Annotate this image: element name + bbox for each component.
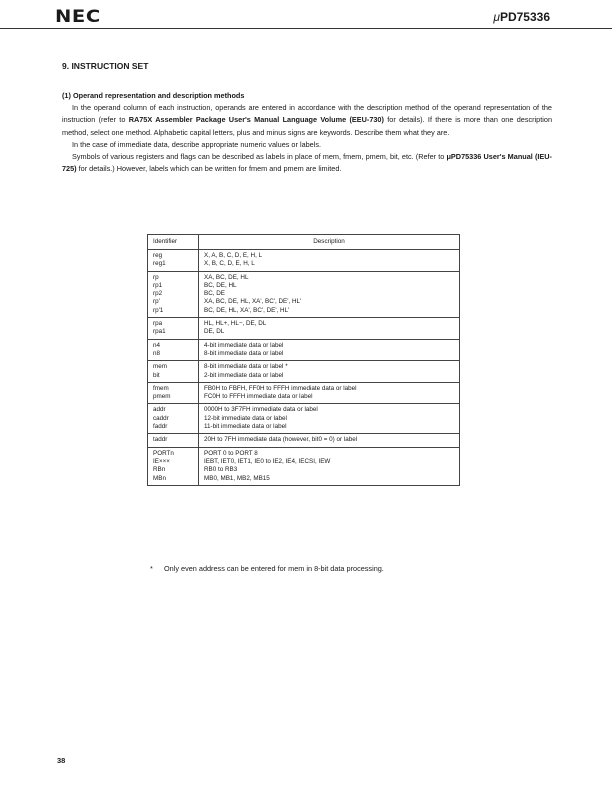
identifier: caddr xyxy=(153,415,193,423)
description: FC0H to FFFH immediate data or label xyxy=(204,393,454,401)
table-group: fmempmemFB0H to FBFH, FF0H to FFFH immed… xyxy=(148,382,460,404)
description: 4-bit immediate data or label xyxy=(204,342,454,350)
table-row: fmempmemFB0H to FBFH, FF0H to FFFH immed… xyxy=(148,382,460,404)
table-group: rprp1rp2rp'rp'1XA, BC, DE, HLBC, DE, HLB… xyxy=(148,271,460,317)
description-cell: PORT 0 to PORT 8IEBT, IET0, IET1, IE0 to… xyxy=(199,447,460,485)
description: HL, HL+, HL−, DE, DL xyxy=(204,320,454,328)
description: RB0 to RB3 xyxy=(204,466,454,474)
identifier: rp1 xyxy=(153,282,193,290)
p3-text: Symbols of various registers and flags c… xyxy=(72,152,446,161)
identifier: IE××× xyxy=(153,458,193,466)
description: 20H to 7FH immediate data (however, bit0… xyxy=(204,436,454,444)
description: 11-bit immediate data or label xyxy=(204,423,454,431)
body-text: (1) Operand representation and descripti… xyxy=(62,90,552,175)
description-cell: X, A, B, C, D, E, H, LX, B, C, D, E, H, … xyxy=(199,250,460,272)
identifier: reg1 xyxy=(153,260,193,268)
part-number: μPD75336 xyxy=(493,10,550,24)
identifier-cell: membit xyxy=(148,361,199,383)
p1-ref: RA75X Assembler Package User's Manual La… xyxy=(129,115,384,124)
description-cell: FB0H to FBFH, FF0H to FFFH immediate dat… xyxy=(199,382,460,404)
description-cell: 0000H to 3F7FH immediate data or label12… xyxy=(199,404,460,434)
section-title: 9. INSTRUCTION SET xyxy=(62,61,148,71)
description: BC, DE, HL xyxy=(204,282,454,290)
table-group: addrcaddrfaddr0000H to 3F7FH immediate d… xyxy=(148,404,460,434)
description: 8-bit immediate data or label * xyxy=(204,363,454,371)
table-group: membit8-bit immediate data or label *2-b… xyxy=(148,361,460,383)
description: X, B, C, D, E, H, L xyxy=(204,260,454,268)
description: XA, BC, DE, HL xyxy=(204,274,454,282)
description: X, A, B, C, D, E, H, L xyxy=(204,252,454,260)
table-row: taddr20H to 7FH immediate data (however,… xyxy=(148,434,460,447)
description-cell: 8-bit immediate data or label *2-bit imm… xyxy=(199,361,460,383)
identifier-cell: taddr xyxy=(148,434,199,447)
table-row: n4n84-bit immediate data or label8-bit i… xyxy=(148,339,460,361)
description: FB0H to FBFH, FF0H to FFFH immediate dat… xyxy=(204,385,454,393)
footnote: *Only even address can be entered for me… xyxy=(150,564,384,573)
description: XA, BC, DE, HL, XA', BC', DE', HL' xyxy=(204,298,454,306)
identifier: MBn xyxy=(153,475,193,483)
identifier-cell: fmempmem xyxy=(148,382,199,404)
identifier: faddr xyxy=(153,423,193,431)
description: 2-bit immediate data or label xyxy=(204,372,454,380)
header-description: Description xyxy=(199,235,460,250)
table-row: regreg1X, A, B, C, D, E, H, LX, B, C, D,… xyxy=(148,250,460,272)
operand-table: Identifier Description regreg1X, A, B, C… xyxy=(147,234,460,486)
identifier: PORTn xyxy=(153,450,193,458)
table-row: membit8-bit immediate data or label *2-b… xyxy=(148,361,460,383)
p3-end: for details.) However, labels which can … xyxy=(77,164,342,173)
description: 8-bit immediate data or label xyxy=(204,350,454,358)
description: BC, DE, HL, XA', BC', DE', HL' xyxy=(204,307,454,315)
subsection-heading: (1) Operand representation and descripti… xyxy=(62,90,552,102)
identifier: rp'1 xyxy=(153,307,193,315)
identifier: fmem xyxy=(153,385,193,393)
table-group: rparpa1HL, HL+, HL−, DE, DLDE, DL xyxy=(148,318,460,340)
description: BC, DE xyxy=(204,290,454,298)
table-group: PORTnIE×××RBnMBnPORT 0 to PORT 8IEBT, IE… xyxy=(148,447,460,485)
paragraph-3: Symbols of various registers and flags c… xyxy=(62,151,552,175)
description-cell: HL, HL+, HL−, DE, DLDE, DL xyxy=(199,318,460,340)
identifier: taddr xyxy=(153,436,193,444)
identifier: rp2 xyxy=(153,290,193,298)
identifier-cell: regreg1 xyxy=(148,250,199,272)
footnote-mark: * xyxy=(150,564,164,573)
description-cell: 20H to 7FH immediate data (however, bit0… xyxy=(199,434,460,447)
page-number: 38 xyxy=(57,756,65,765)
description-cell: 4-bit immediate data or label8-bit immed… xyxy=(199,339,460,361)
identifier: reg xyxy=(153,252,193,260)
description: 12-bit immediate data or label xyxy=(204,415,454,423)
header-rule xyxy=(0,28,612,29)
table-row: rparpa1HL, HL+, HL−, DE, DLDE, DL xyxy=(148,318,460,340)
part-number-text: PD75336 xyxy=(500,10,550,24)
paragraph-2: In the case of immediate data, describe … xyxy=(62,139,552,151)
identifier: rp' xyxy=(153,298,193,306)
paragraph-1: In the operand column of each instructio… xyxy=(62,102,552,139)
mu-prefix: μ xyxy=(493,10,500,24)
identifier: pmem xyxy=(153,393,193,401)
footnote-text: Only even address can be entered for mem… xyxy=(164,564,384,573)
description: 0000H to 3F7FH immediate data or label xyxy=(204,406,454,414)
description-cell: XA, BC, DE, HLBC, DE, HLBC, DEXA, BC, DE… xyxy=(199,271,460,317)
description: MB0, MB1, MB2, MB15 xyxy=(204,475,454,483)
identifier-cell: rprp1rp2rp'rp'1 xyxy=(148,271,199,317)
table-row: PORTnIE×××RBnMBnPORT 0 to PORT 8IEBT, IE… xyxy=(148,447,460,485)
identifier: rpa1 xyxy=(153,328,193,336)
identifier-cell: rparpa1 xyxy=(148,318,199,340)
identifier: bit xyxy=(153,372,193,380)
header-identifier: Identifier xyxy=(148,235,199,250)
description: DE, DL xyxy=(204,328,454,336)
identifier: mem xyxy=(153,363,193,371)
table-group: taddr20H to 7FH immediate data (however,… xyxy=(148,434,460,447)
identifier: n4 xyxy=(153,342,193,350)
identifier-cell: n4n8 xyxy=(148,339,199,361)
identifier: rp xyxy=(153,274,193,282)
table-group: n4n84-bit immediate data or label8-bit i… xyxy=(148,339,460,361)
identifier: addr xyxy=(153,406,193,414)
identifier: RBn xyxy=(153,466,193,474)
identifier-cell: addrcaddrfaddr xyxy=(148,404,199,434)
nec-logo: NEC xyxy=(55,7,101,27)
table-row: addrcaddrfaddr0000H to 3F7FH immediate d… xyxy=(148,404,460,434)
identifier: n8 xyxy=(153,350,193,358)
table-group: regreg1X, A, B, C, D, E, H, LX, B, C, D,… xyxy=(148,250,460,272)
description: PORT 0 to PORT 8 xyxy=(204,450,454,458)
table-row: rprp1rp2rp'rp'1XA, BC, DE, HLBC, DE, HLB… xyxy=(148,271,460,317)
identifier: rpa xyxy=(153,320,193,328)
identifier-cell: PORTnIE×××RBnMBn xyxy=(148,447,199,485)
description: IEBT, IET0, IET1, IE0 to IE2, IE4, IECSI… xyxy=(204,458,454,466)
